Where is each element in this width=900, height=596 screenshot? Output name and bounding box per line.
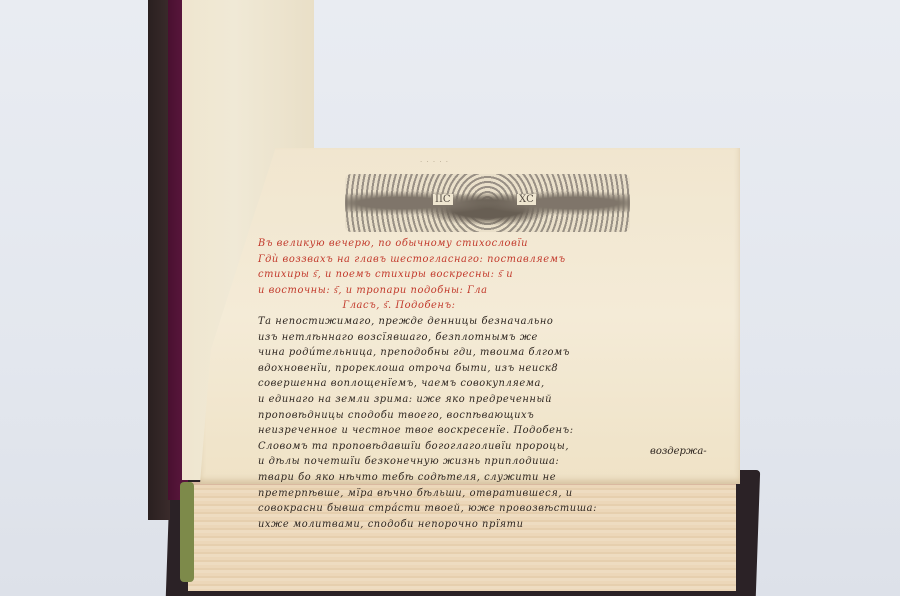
text-line: чина роди́тельница, преподобны гди, твои… bbox=[258, 345, 698, 361]
text-line: совершенна воплощенїемъ, чаемъ совокупля… bbox=[258, 376, 698, 392]
ornament-monogram-right: ХС bbox=[517, 194, 536, 205]
text-line: Та непостижимаго, прежде денницы безнача… bbox=[258, 314, 698, 330]
text-line: твари бо яко нѣчто тебѣ содѣтеля, служит… bbox=[258, 470, 698, 486]
ornament-monogram-left: IIС bbox=[433, 194, 453, 205]
text-line: и единаго на земли зрима: иже яко предре… bbox=[258, 392, 698, 408]
text-line: изъ нетлѣннаго возсїявшаго, безплотнымъ … bbox=[258, 330, 698, 346]
text-line: Глаcъ, ѕ҃. Подобенъ: bbox=[258, 298, 698, 314]
text-line: ихже молитвами, сподоби непорочно прїяти bbox=[258, 517, 698, 533]
book-photo-scene: · · · · · IIС ХС Въ великую вечерю, по о… bbox=[0, 0, 900, 596]
running-head: · · · · · bbox=[420, 158, 449, 166]
text-line: претерпѣвше, мїра вѣчно бѣльши, отвратив… bbox=[258, 486, 698, 502]
text-line: проповѣдницы сподоби твоего, воспѣвающих… bbox=[258, 408, 698, 424]
text-line: стихиры ѕ҃, и поемъ стихиры воскресны: ѕ… bbox=[258, 267, 698, 283]
book-front-cover-edge bbox=[148, 0, 170, 520]
text-line: вдохновенїи, прореклоша отроча быти, изъ… bbox=[258, 361, 698, 377]
text-line: и восточны: ѕ҃, и тропари подобны: Гла bbox=[258, 283, 698, 299]
book-headband bbox=[180, 482, 194, 582]
headpiece-ornament-icon: IIС ХС bbox=[345, 174, 630, 232]
text-line: совокрасни бывша стрáсти твоей, юже пров… bbox=[258, 501, 698, 517]
catchword: воздержа- bbox=[650, 446, 707, 457]
text-line: Словомъ та проповѣдавшїи богоглаголивїи … bbox=[258, 439, 698, 455]
text-line: и дѣлы почетшїи безконечную жизнь припло… bbox=[258, 454, 698, 470]
text-line: неизреченное и честное твое воскресенїе.… bbox=[258, 423, 698, 439]
text-line: Въ великую вечерю, по обычному стихослов… bbox=[258, 236, 698, 252]
text-line: Гдѝ воззвахъ на главъ шестогласнаго: пос… bbox=[258, 252, 698, 268]
page-text-block: Въ великую вечерю, по обычному стихослов… bbox=[258, 236, 726, 532]
